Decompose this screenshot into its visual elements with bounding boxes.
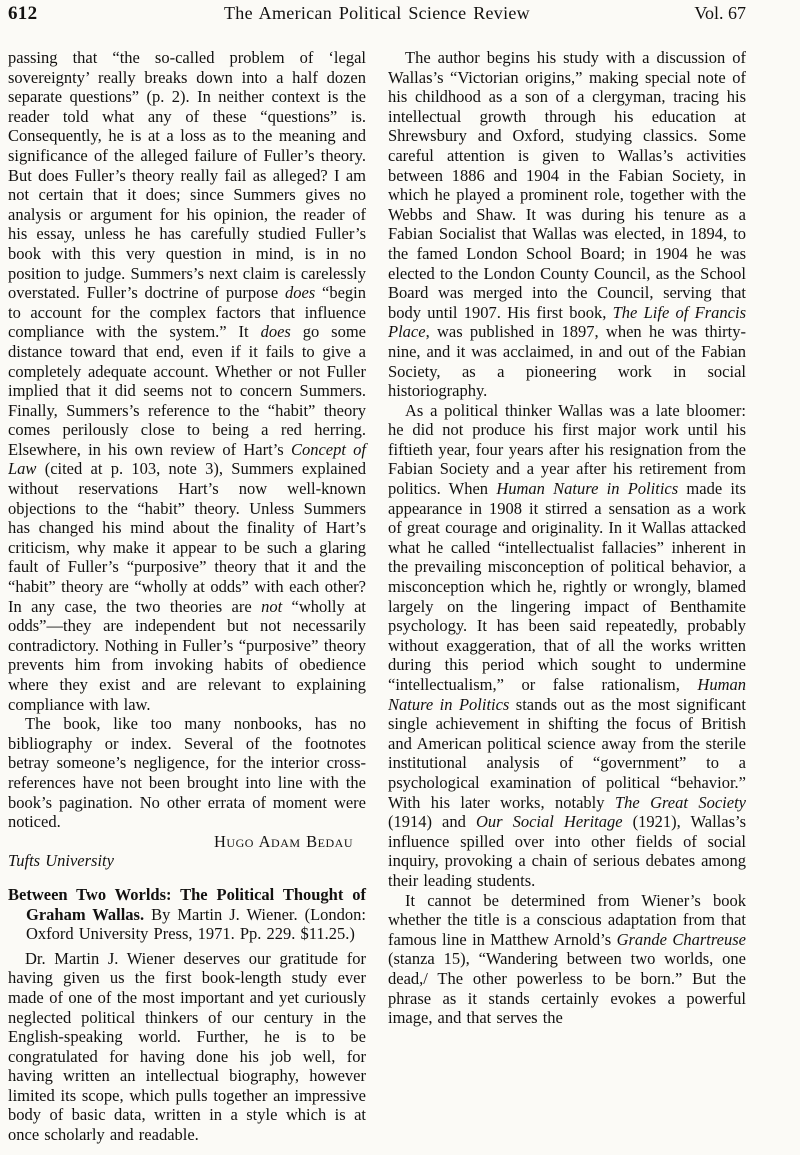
article-body: passing that “the so-called problem of ‘… [8,48,746,1150]
paragraph: Dr. Martin J. Wiener deserves our gratit… [8,949,366,1145]
text-run: (stanza 15), “Wandering between two worl… [388,949,746,1027]
affiliation: Tufts University [8,851,366,871]
text-run: made its appearance in 1908 it stirred a… [388,479,746,694]
text-run: Grande Chartreuse [617,930,746,949]
page-header: 612 The American Political Science Revie… [8,3,746,25]
volume-label: Vol. 67 [636,3,746,24]
text-run: Dr. Martin J. Wiener deserves our gratit… [8,949,366,1144]
text-run: The author begins his study with a discu… [388,48,746,322]
paragraph: The author begins his study with a discu… [388,48,746,401]
text-run: Hugo Adam Bedau [214,832,353,851]
text-run: Our Social Heritage [476,812,623,831]
review-heading: Between Two Worlds: The Political Though… [8,885,366,944]
text-run: go some distance toward that end, even i… [8,322,366,459]
text-run: does [285,283,315,302]
text-run: not [261,597,282,616]
journal-page: 612 The American Political Science Revie… [0,0,800,1155]
paragraph: It cannot be determined from Wiener’s bo… [388,891,746,1028]
text-run: The Great Society [615,793,746,812]
text-run: (cited at p. 103, note 3), Summers expla… [8,459,366,615]
text-run: Human Nature in Politics [496,479,678,498]
paragraph: passing that “the so-called problem of ‘… [8,48,366,714]
paragraph: As a political thinker Wallas was a late… [388,401,746,891]
text-run: does [261,322,291,341]
text-run: The book, like too many nonbooks, has no… [8,714,366,831]
text-run: Tufts University [8,851,114,870]
paragraph: The book, like too many nonbooks, has no… [8,714,366,832]
journal-title: The American Political Science Review [118,3,636,24]
text-run: passing that “the so-called problem of ‘… [8,48,366,302]
signature: Hugo Adam Bedau [8,832,366,852]
text-run: (1914) and [388,812,476,831]
page-number: 612 [8,3,118,25]
text-run: , was published in 1897, when he was thi… [388,322,746,400]
